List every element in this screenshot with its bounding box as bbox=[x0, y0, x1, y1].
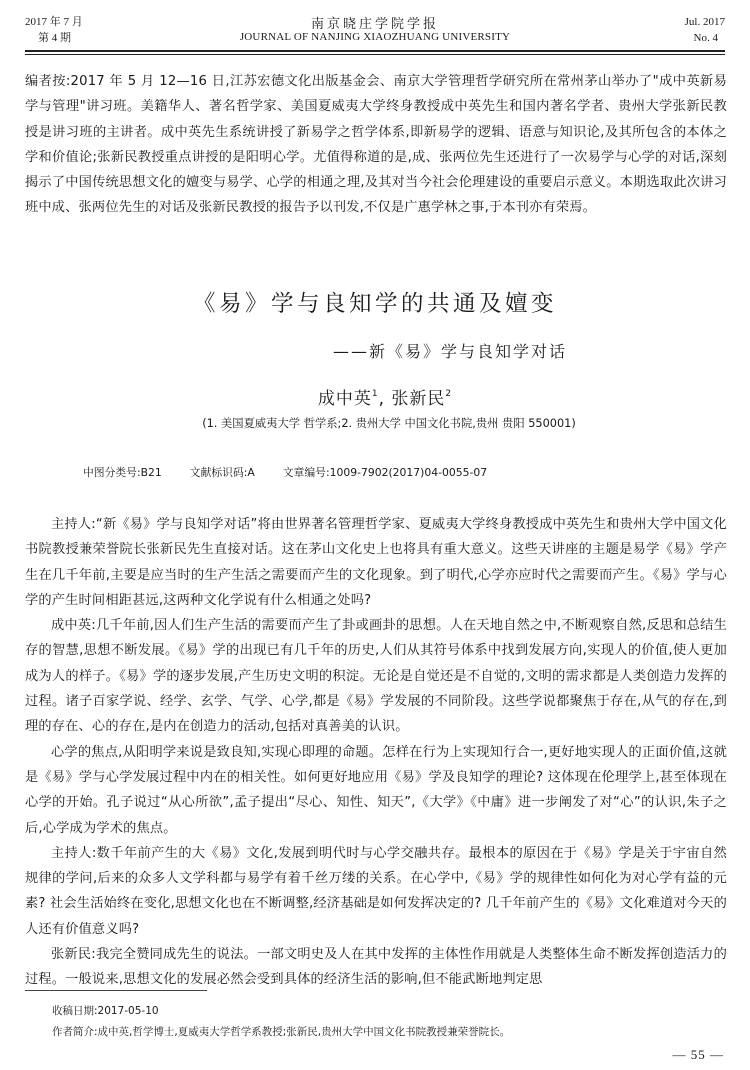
body-paragraph: 心学的焦点,从阳明学来说是致良知,实现心即理的命题。怎样在行为上实现知行合一,更… bbox=[25, 740, 727, 841]
header-issue-en: No. 4 bbox=[694, 31, 718, 45]
article-title: 《易》学与良知学的共通及嬗变 bbox=[0, 286, 750, 318]
journal-title-en: JOURNAL OF NANJING XIAOZHUANG UNIVERSITY bbox=[0, 31, 750, 43]
journal-title-cn: 南京晓庄学院学报 bbox=[0, 13, 750, 32]
author-separator: , bbox=[379, 389, 385, 409]
author-affil-marker: 1 bbox=[372, 389, 379, 399]
body-paragraph: 主持人:“新《易》学与良知学对话”将由世界著名管理哲学家、夏威夷大学终身教授成中… bbox=[25, 512, 727, 613]
author-name: 成中英 bbox=[318, 389, 372, 409]
body-paragraph: 主持人:数千年前产生的大《易》文化,发展到明代时与心学交融共存。最根本的原因在于… bbox=[25, 841, 727, 942]
body-paragraph: 成中英:几千年前,因人们生产生活的需要而产生了卦或画卦的思想。人在天地自然之中,… bbox=[25, 613, 727, 739]
classification-line: 中图分类号:B21文献标识码:A文章编号:1009-7902(2017)04-0… bbox=[83, 465, 487, 480]
footnote-rule bbox=[25, 990, 207, 991]
article-number: 文章编号:1009-7902(2017)04-0055-07 bbox=[283, 465, 487, 480]
editor-note: 编者按:2017 年 5 月 12—16 日,江苏宏德文化出版基金会、南京大学管… bbox=[25, 69, 727, 221]
author-affil-marker: 2 bbox=[445, 389, 452, 399]
body-paragraph: 张新民:我完全赞同成先生的说法。一部文明史及人在其中发挥的主体性作用就是人类整体… bbox=[25, 942, 727, 993]
affiliations: (1. 美国夏威夷大学 哲学系;2. 贵州大学 中国文化书院,贵州 贵阳 550… bbox=[0, 415, 750, 431]
header-rule-thick bbox=[25, 50, 725, 52]
header-date-en: Jul. 2017 bbox=[685, 15, 725, 29]
article-body: 主持人:“新《易》学与良知学对话”将由世界著名管理哲学家、夏威夷大学终身教授成中… bbox=[25, 512, 727, 993]
clc-number: 中图分类号:B21 bbox=[83, 465, 162, 480]
author-line: 成中英1, 张新民2 bbox=[0, 384, 750, 409]
page-number: — 55 — bbox=[673, 1047, 725, 1063]
received-date: 收稿日期:2017-05-10 bbox=[52, 1000, 159, 1022]
header-rule-thin bbox=[25, 54, 725, 55]
article-subtitle: ——新《易》学与良知学对话 bbox=[0, 339, 750, 362]
document-code: 文献标识码:A bbox=[190, 465, 255, 480]
author-name: 张新民 bbox=[391, 389, 445, 409]
author-bio: 作者简介:成中英,哲学博士,夏威夷大学哲学系教授;张新民,贵州大学中国文化书院教… bbox=[52, 1021, 510, 1043]
